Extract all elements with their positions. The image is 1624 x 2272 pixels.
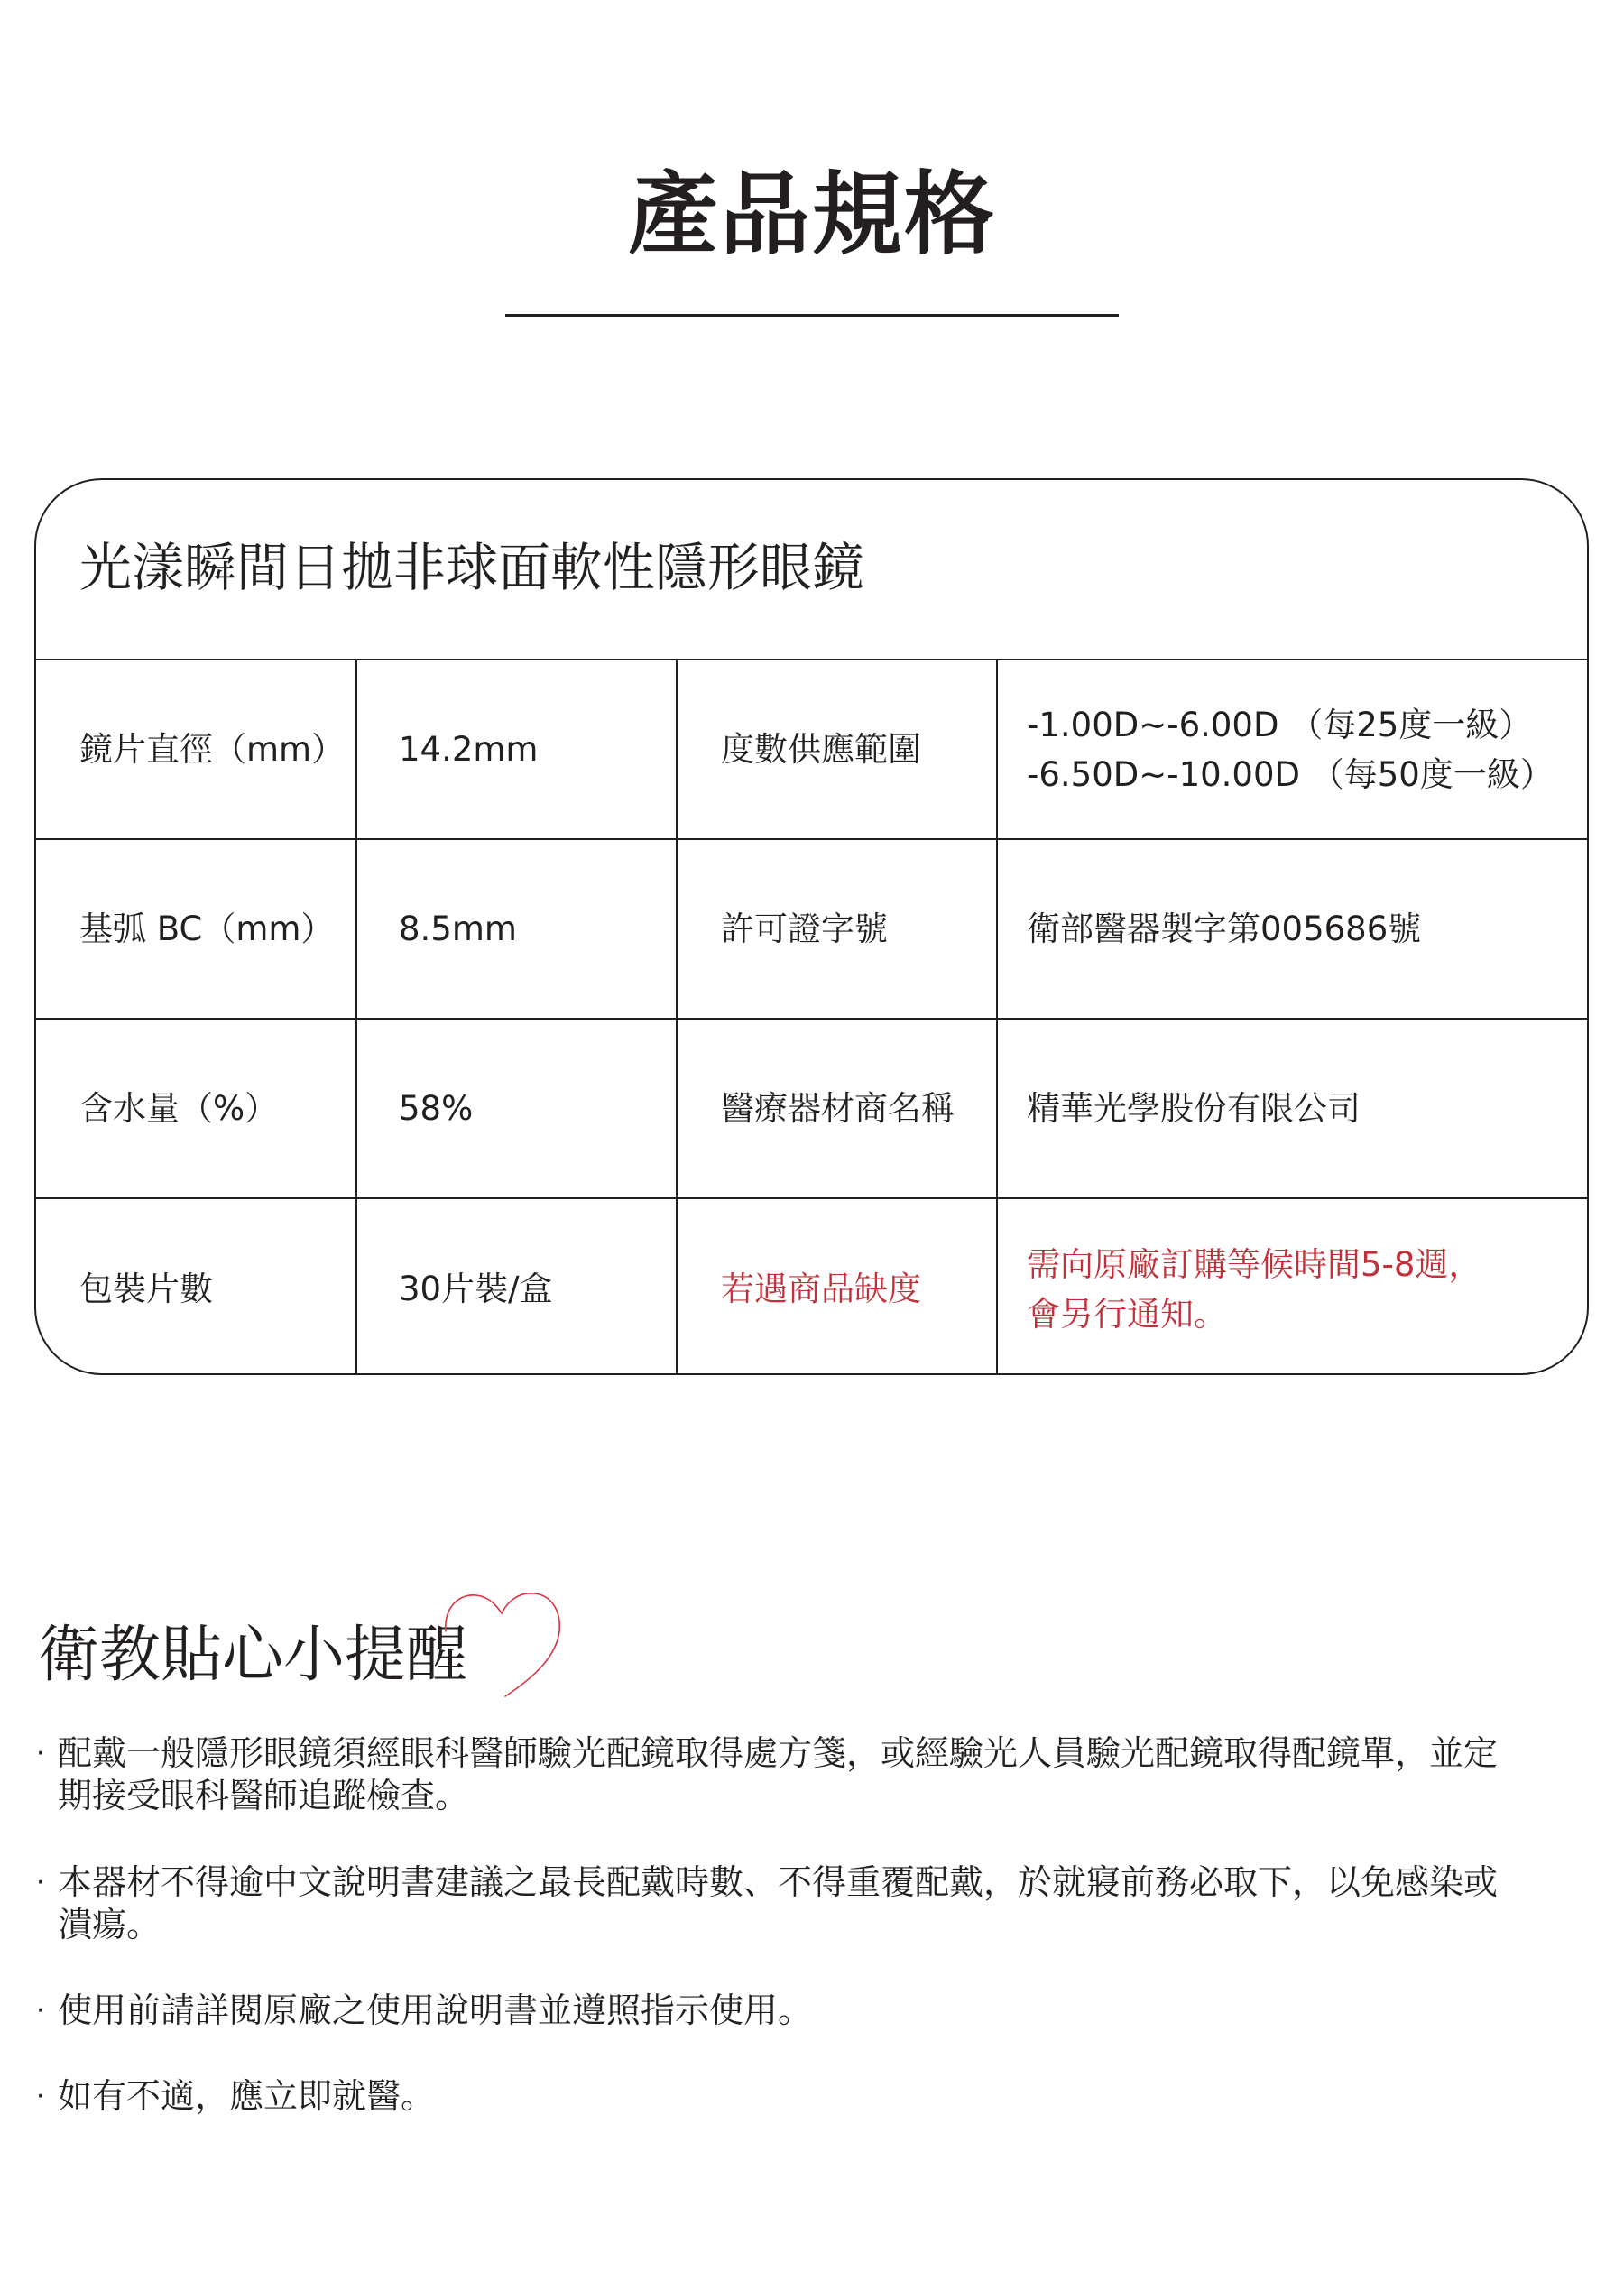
tip-line: 如有不適，應立即就醫。: [58, 2075, 1582, 2118]
spec-value-line: -1.00D~-6.00D （每25度一級）: [1027, 700, 1532, 750]
spec-label: 許可證字號: [678, 840, 998, 1018]
page-title: 產品規格: [0, 161, 1624, 269]
tip-line: 本器材不得逾中文說明書建議之最長配戴時數、不得重覆配戴，於就寢前務必取下，以免感…: [58, 1861, 1582, 1904]
product-name: 光漾瞬間日拋非球面軟性隱形眼鏡: [79, 536, 864, 599]
spec-value: 8.5mm: [357, 840, 678, 1018]
spec-value: 14.2mm: [357, 660, 678, 838]
tip-line: 期接受眼科醫師追蹤檢查。: [58, 1775, 1582, 1817]
spec-value-out-of-stock-note: 需向原廠訂購等候時間5-8週， 會另行通知。: [998, 1199, 1587, 1375]
tip-item: · 使用前請詳閱原廠之使用說明書並遵照指示使用。: [58, 1990, 1582, 2032]
tips-heading: 衛教貼心小提醒: [38, 1615, 467, 1696]
spec-value: 58%: [357, 1020, 678, 1197]
spec-row-package: 包裝片數 30片裝/盒 若遇商品缺度 需向原廠訂購等候時間5-8週， 會另行通知…: [36, 1199, 1587, 1375]
bullet: ·: [36, 1732, 45, 1775]
tip-item: · 配戴一般隱形眼鏡須經眼科醫師驗光配鏡取得處方箋，或經驗光人員驗光配鏡取得配鏡…: [58, 1732, 1582, 1817]
tip-item: · 本器材不得逾中文說明書建議之最長配戴時數、不得重覆配戴，於就寢前務必取下，以…: [58, 1861, 1582, 1946]
spec-label: 鏡片直徑（mm）: [36, 660, 357, 838]
heart-outline-icon: [440, 1588, 567, 1700]
spec-value-license: 衛部醫器製字第005686號: [998, 840, 1587, 1018]
spec-row-base-curve: 基弧 BC（mm） 8.5mm 許可證字號 衛部醫器製字第005686號: [36, 840, 1587, 1020]
spec-label: 包裝片數: [36, 1199, 357, 1375]
tip-line: 配戴一般隱形眼鏡須經眼科醫師驗光配鏡取得處方箋，或經驗光人員驗光配鏡取得配鏡單，…: [58, 1732, 1582, 1775]
spec-value-line: -6.50D~-10.00D （每50度一級）: [1027, 750, 1554, 799]
bullet: ·: [36, 1990, 45, 2032]
spec-row-diameter: 鏡片直徑（mm） 14.2mm 度數供應範圍 -1.00D~-6.00D （每2…: [36, 660, 1587, 840]
spec-table-header: 光漾瞬間日拋非球面軟性隱形眼鏡: [36, 480, 1587, 660]
title-divider: [505, 314, 1119, 317]
spec-value: 30片裝/盒: [357, 1199, 678, 1375]
spec-value-line: 需向原廠訂購等候時間5-8週，: [1027, 1240, 1481, 1289]
spec-row-water-content: 含水量（%） 58% 醫療器材商名稱 精華光學股份有限公司: [36, 1020, 1587, 1199]
spec-label: 醫療器材商名稱: [678, 1020, 998, 1197]
tip-line: 潰瘍。: [58, 1904, 1582, 1946]
spec-label: 含水量（%）: [36, 1020, 357, 1197]
spec-label: 基弧 BC（mm）: [36, 840, 357, 1018]
spec-label-out-of-stock: 若遇商品缺度: [678, 1199, 998, 1375]
spec-label: 度數供應範圍: [678, 660, 998, 838]
tip-item: · 如有不適，應立即就醫。: [58, 2075, 1582, 2118]
spec-table: 光漾瞬間日拋非球面軟性隱形眼鏡 鏡片直徑（mm） 14.2mm 度數供應範圍 -…: [34, 478, 1589, 1375]
tip-line: 使用前請詳閱原廠之使用說明書並遵照指示使用。: [58, 1990, 1582, 2032]
spec-value-power-range: -1.00D~-6.00D （每25度一級） -6.50D~-10.00D （每…: [998, 660, 1587, 838]
bullet: ·: [36, 2075, 45, 2118]
spec-value-line: 會另行通知。: [1027, 1289, 1227, 1339]
spec-value-manufacturer: 精華光學股份有限公司: [998, 1020, 1587, 1197]
bullet: ·: [36, 1861, 45, 1904]
